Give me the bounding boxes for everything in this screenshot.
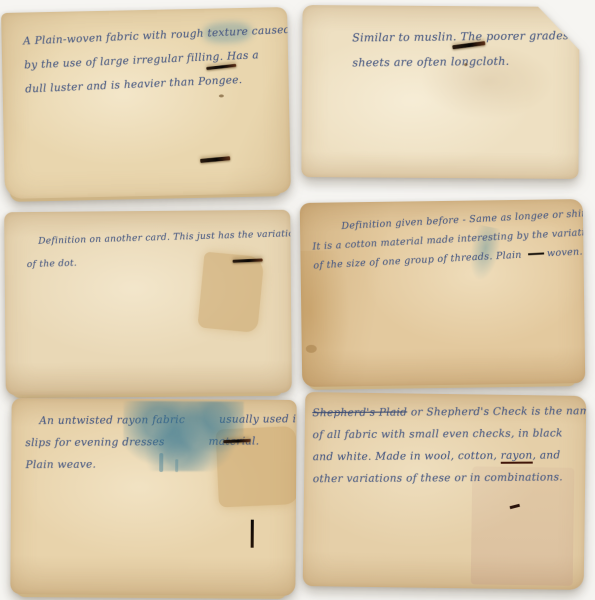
staple-mark — [200, 156, 230, 163]
text-fragment: and white. Made in wool, cotton, — [313, 450, 501, 463]
card-paper: Definition given before - Same as longee… — [300, 199, 586, 387]
card-paper: Definition on another card. This just ha… — [4, 210, 292, 395]
handwriting: A Plain-woven fabric with rough texture … — [23, 18, 284, 101]
index-card-middle-left: Definition on another card. This just ha… — [4, 210, 292, 395]
underlined-word: rayon — [501, 450, 533, 464]
crossed-out-word — [528, 252, 544, 257]
handwriting-line: other variations of these or in combinat… — [313, 466, 587, 490]
photo-of-index-cards: A Plain-woven fabric with rough texture … — [0, 0, 595, 600]
text-fragment: woven. — [547, 246, 583, 259]
text-fragment: A Plain-woven fabric with rough — [23, 27, 208, 47]
text-fragment: caused — [248, 24, 291, 38]
index-card-top-left: A Plain-woven fabric with rough texture … — [1, 7, 291, 199]
text-fragment: or Shepherd's Check is the name — [407, 405, 586, 418]
handwriting: Definition given before - Same as longee… — [311, 203, 585, 276]
speck — [464, 63, 467, 66]
card-paper: A Plain-woven fabric with rough texture … — [1, 7, 291, 199]
handwriting: Definition on another card. This just ha… — [38, 223, 292, 277]
speck — [219, 94, 224, 97]
handwriting-line: Shepherd's Plaid or Shepherd's Check is … — [312, 400, 586, 424]
index-card-bottom-right: Shepherd's Plaid or Shepherd's Check is … — [303, 392, 587, 590]
staple-mark-vertical — [251, 520, 254, 548]
index-card-middle-right: Definition given before - Same as longee… — [300, 199, 586, 387]
index-card-top-right: Similar to muslin. The poorer grades of … — [301, 5, 579, 179]
card-paper: Similar to muslin. The poorer grades of … — [301, 5, 579, 179]
text-fragment: , and — [532, 449, 560, 461]
handwriting-line: of all fabric with small even checks, in… — [312, 422, 586, 446]
handwriting: Similar to muslin. The poorer grades of … — [352, 23, 580, 75]
card-paper: Shepherd's Plaid or Shepherd's Check is … — [303, 392, 587, 590]
ink-blot — [123, 401, 243, 472]
ink-smudge: texture — [207, 26, 248, 40]
index-card-bottom-left: An untwisted rayon fabricusually used in… — [10, 398, 296, 596]
struck-through-text: Shepherd's Plaid — [312, 406, 407, 419]
handwriting: Shepherd's Plaid or Shepherd's Check is … — [312, 400, 586, 490]
card-paper: An untwisted rayon fabricusually used in… — [10, 398, 296, 596]
ink-drip — [175, 459, 178, 472]
handwriting-line: sheets are often longcloth. — [352, 48, 579, 75]
ink-drip — [159, 453, 163, 472]
handwriting-line: and white. Made in wool, cotton, rayon, … — [313, 444, 587, 468]
